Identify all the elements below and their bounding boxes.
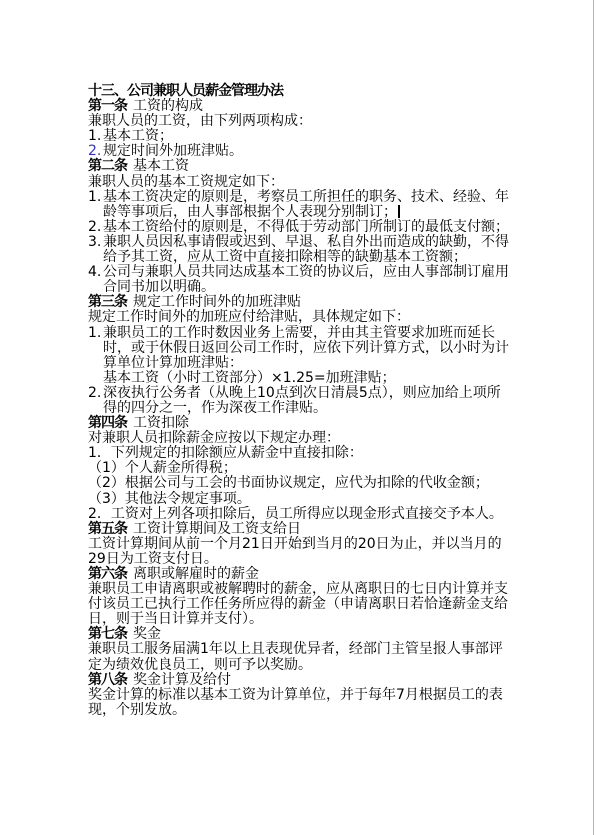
formula-line: 基本工资（小时工资部分）×1.25=加班津贴；	[103, 371, 509, 386]
paragraph: （2）根据公司与工会的书面协议规定，应代为扣除的代收金额；	[88, 476, 509, 491]
section-intro: 兼职人员的基本工资规定如下：	[88, 175, 509, 190]
section: 第三条规定工作时间外的加班津贴 规定工作时间外的加班应付给津贴，具体规定如下： …	[88, 295, 509, 416]
list-item-text-content: 基本工资决定的原则是，考察员工所担任的职务、技术、经验、年龄等事项后，由人事部根…	[103, 189, 509, 220]
body-paragraph: 工资计算期间从前一个月21日开始到当月的20日为止，并以当月的29日为工资支付日…	[88, 537, 509, 567]
heading-title: 离职或解雇时的薪金	[133, 566, 259, 582]
section-heading: 第二条基本工资	[88, 159, 509, 174]
heading-number: 第六条	[88, 566, 127, 582]
heading-title: 工资扣除	[133, 415, 189, 431]
heading-number: 第八条	[88, 672, 127, 688]
heading-title: 奖金计算及给付	[133, 672, 231, 688]
section: 第五条工资计算期间及工资支给日 工资计算期间从前一个月21日开始到当月的20日为…	[88, 522, 509, 567]
list-marker: 3.	[88, 235, 103, 265]
list-item: 1. 基本工资决定的原则是，考察员工所担任的职务、技术、经验、年龄等事项后，由人…	[88, 190, 509, 220]
list-marker: 2.	[88, 386, 103, 416]
list-item-text: 深夜执行公务者（从晚上10点到次日清晨5点），则应加给上项所得的四分之一，作为深…	[103, 386, 509, 416]
list-item-text: 兼职员工的工作时数因业务上需要，并由其主管要求加班而延长时，或于休假日返回公司工…	[103, 326, 509, 386]
page-edge-line	[593, 0, 594, 835]
list-marker: 1.	[88, 326, 103, 386]
body-paragraph: 奖金计算的标准以基本工资为计算单位，并于每年7月根据员工的表现，个别发放。	[88, 688, 509, 718]
section-heading: 第四条工资扣除	[88, 416, 509, 431]
heading-title: 工资的构成	[133, 98, 203, 114]
section: 第七条奖金 兼职员工服务届满1年以上且表现优异者，经部门主管呈报人事部评定为绩效…	[88, 627, 509, 672]
paragraph: （3）其他法令规定事项。	[88, 492, 509, 507]
list-item: 4. 公司与兼职人员共同达成基本工资的协议后，应由人事部制订雇用合同书加以明确。	[88, 265, 509, 295]
list-item-text: 基本工资给付的原则是，不得低于劳动部门所制订的最低支付额；	[103, 220, 509, 235]
section-heading: 第一条工资的构成	[88, 99, 509, 114]
list-item-text: 公司与兼职人员共同达成基本工资的协议后，应由人事部制订雇用合同书加以明确。	[103, 265, 509, 295]
list-item-text: 兼职人员因私事请假或迟到、早退、私自外出而造成的缺勤，不得给予其工资，应从工资中…	[103, 235, 509, 265]
heading-title: 规定工作时间外的加班津贴	[133, 294, 301, 310]
heading-title: 工资计算期间及工资支给日	[133, 521, 301, 537]
list-marker: 1.	[88, 190, 103, 220]
list-item: 1. 兼职员工的工作时数因业务上需要，并由其主管要求加班而延长时，或于休假日返回…	[88, 326, 509, 386]
list-marker: 2.	[88, 220, 103, 235]
heading-title: 基本工资	[133, 158, 189, 174]
document-title: 十三、公司兼职人员薪金管理办法	[88, 84, 509, 99]
document-page[interactable]: 十三、公司兼职人员薪金管理办法 第一条工资的构成 兼职人员的工资，由下列两项构成…	[88, 84, 509, 718]
list-item: 3. 兼职人员因私事请假或迟到、早退、私自外出而造成的缺勤，不得给予其工资，应从…	[88, 235, 509, 265]
section-heading: 第五条工资计算期间及工资支给日	[88, 522, 509, 537]
list-marker: 1.	[88, 129, 103, 144]
section: 第八条奖金计算及给付 奖金计算的标准以基本工资为计算单位，并于每年7月根据员工的…	[88, 673, 509, 718]
paragraph: 2．工资对上列各项扣除后，员工所得应以现金形式直接交予本人。	[88, 507, 509, 522]
list-item: 2. 基本工资给付的原则是，不得低于劳动部门所制订的最低支付额；	[88, 220, 509, 235]
heading-number: 第七条	[88, 626, 127, 642]
list-item-text-content: 兼职员工的工作时数因业务上需要，并由其主管要求加班而延长时，或于休假日返回公司工…	[103, 326, 509, 371]
heading-number: 第二条	[88, 158, 127, 174]
section: 第六条离职或解雇时的薪金 兼职员工申请离职或被解聘时的薪金，应从离职日的七日内计…	[88, 567, 509, 627]
heading-number: 第四条	[88, 415, 127, 431]
text-cursor	[398, 205, 400, 218]
section-heading: 第六条离职或解雇时的薪金	[88, 567, 509, 582]
section-heading: 第八条奖金计算及给付	[88, 673, 509, 688]
heading-title: 奖金	[133, 626, 161, 642]
list-item-text: 基本工资决定的原则是，考察员工所担任的职务、技术、经验、年龄等事项后，由人事部根…	[103, 190, 509, 220]
body-paragraph: 兼职员工申请离职或被解聘时的薪金，应从离职日的七日内计算并支付该员工已执行工作任…	[88, 582, 509, 627]
heading-number: 第一条	[88, 98, 127, 114]
heading-number: 第五条	[88, 521, 127, 537]
body-paragraph: 兼职员工服务届满1年以上且表现优异者，经部门主管呈报人事部评定为绩效优良员工，则…	[88, 642, 509, 672]
list-marker: 4.	[88, 265, 103, 295]
section: 第二条基本工资 兼职人员的基本工资规定如下： 1. 基本工资决定的原则是，考察员…	[88, 159, 509, 295]
section-intro: 对兼职人员扣除薪金应按以下规定办理：	[88, 431, 509, 446]
list-item: 2. 深夜执行公务者（从晚上10点到次日清晨5点），则应加给上项所得的四分之一，…	[88, 386, 509, 416]
section-intro: 规定工作时间外的加班应付给津贴，具体规定如下：	[88, 310, 509, 325]
section: 第四条工资扣除 对兼职人员扣除薪金应按以下规定办理： 1．下列规定的扣除额应从薪…	[88, 416, 509, 522]
section: 第一条工资的构成 兼职人员的工资，由下列两项构成： 1. 基本工资； 2. 规定…	[88, 99, 509, 159]
heading-number: 第三条	[88, 294, 127, 310]
